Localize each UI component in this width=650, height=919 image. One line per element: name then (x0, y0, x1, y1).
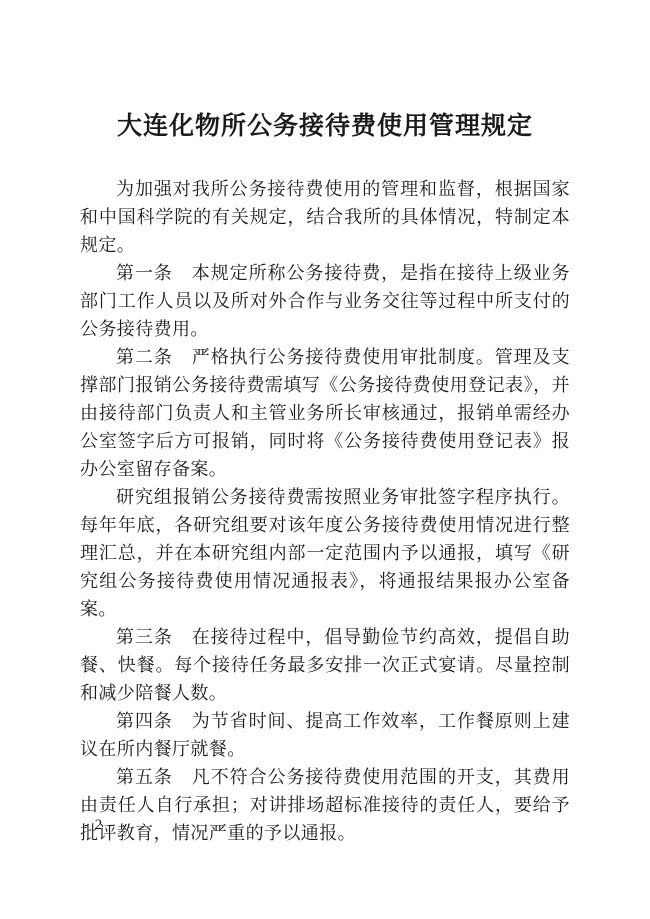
paragraph-article-3: 第三条 在接待过程中，倡导勤俭节约高效，提倡自助餐、快餐。每个接待任务最多安排一… (80, 623, 570, 707)
paragraph-article-1: 第一条 本规定所称公务接待费，是指在接待上级业务部门工作人员以及所对外合作与业务… (80, 259, 570, 343)
paragraph-article-2: 第二条 严格执行公务接待费使用审批制度。管理及支撑部门报销公务接待费需填写《公务… (80, 343, 570, 483)
paragraph-article-2-continued: 研究组报销公务接待费需按照业务审批签字程序执行。每年年底，各研究组要对该年度公务… (80, 483, 570, 623)
document-title: 大连化物所公务接待费使用管理规定 (0, 0, 650, 144)
paragraph-article-4: 第四条 为节省时间、提高工作效率，工作餐原则上建议在所内餐厅就餐。 (80, 707, 570, 763)
paragraph-article-5: 第五条 凡不符合公务接待费使用范围的开支，其费用由责任人自行承担；对讲排场超标准… (80, 763, 570, 847)
document-page: 大连化物所公务接待费使用管理规定 为加强对我所公务接待费使用的管理和监督，根据国… (0, 0, 650, 919)
page-number: - 2 - (84, 815, 114, 835)
document-body: 为加强对我所公务接待费使用的管理和监督，根据国家和中国科学院的有关规定，结合我所… (80, 175, 570, 847)
paragraph-intro: 为加强对我所公务接待费使用的管理和监督，根据国家和中国科学院的有关规定，结合我所… (80, 175, 570, 259)
